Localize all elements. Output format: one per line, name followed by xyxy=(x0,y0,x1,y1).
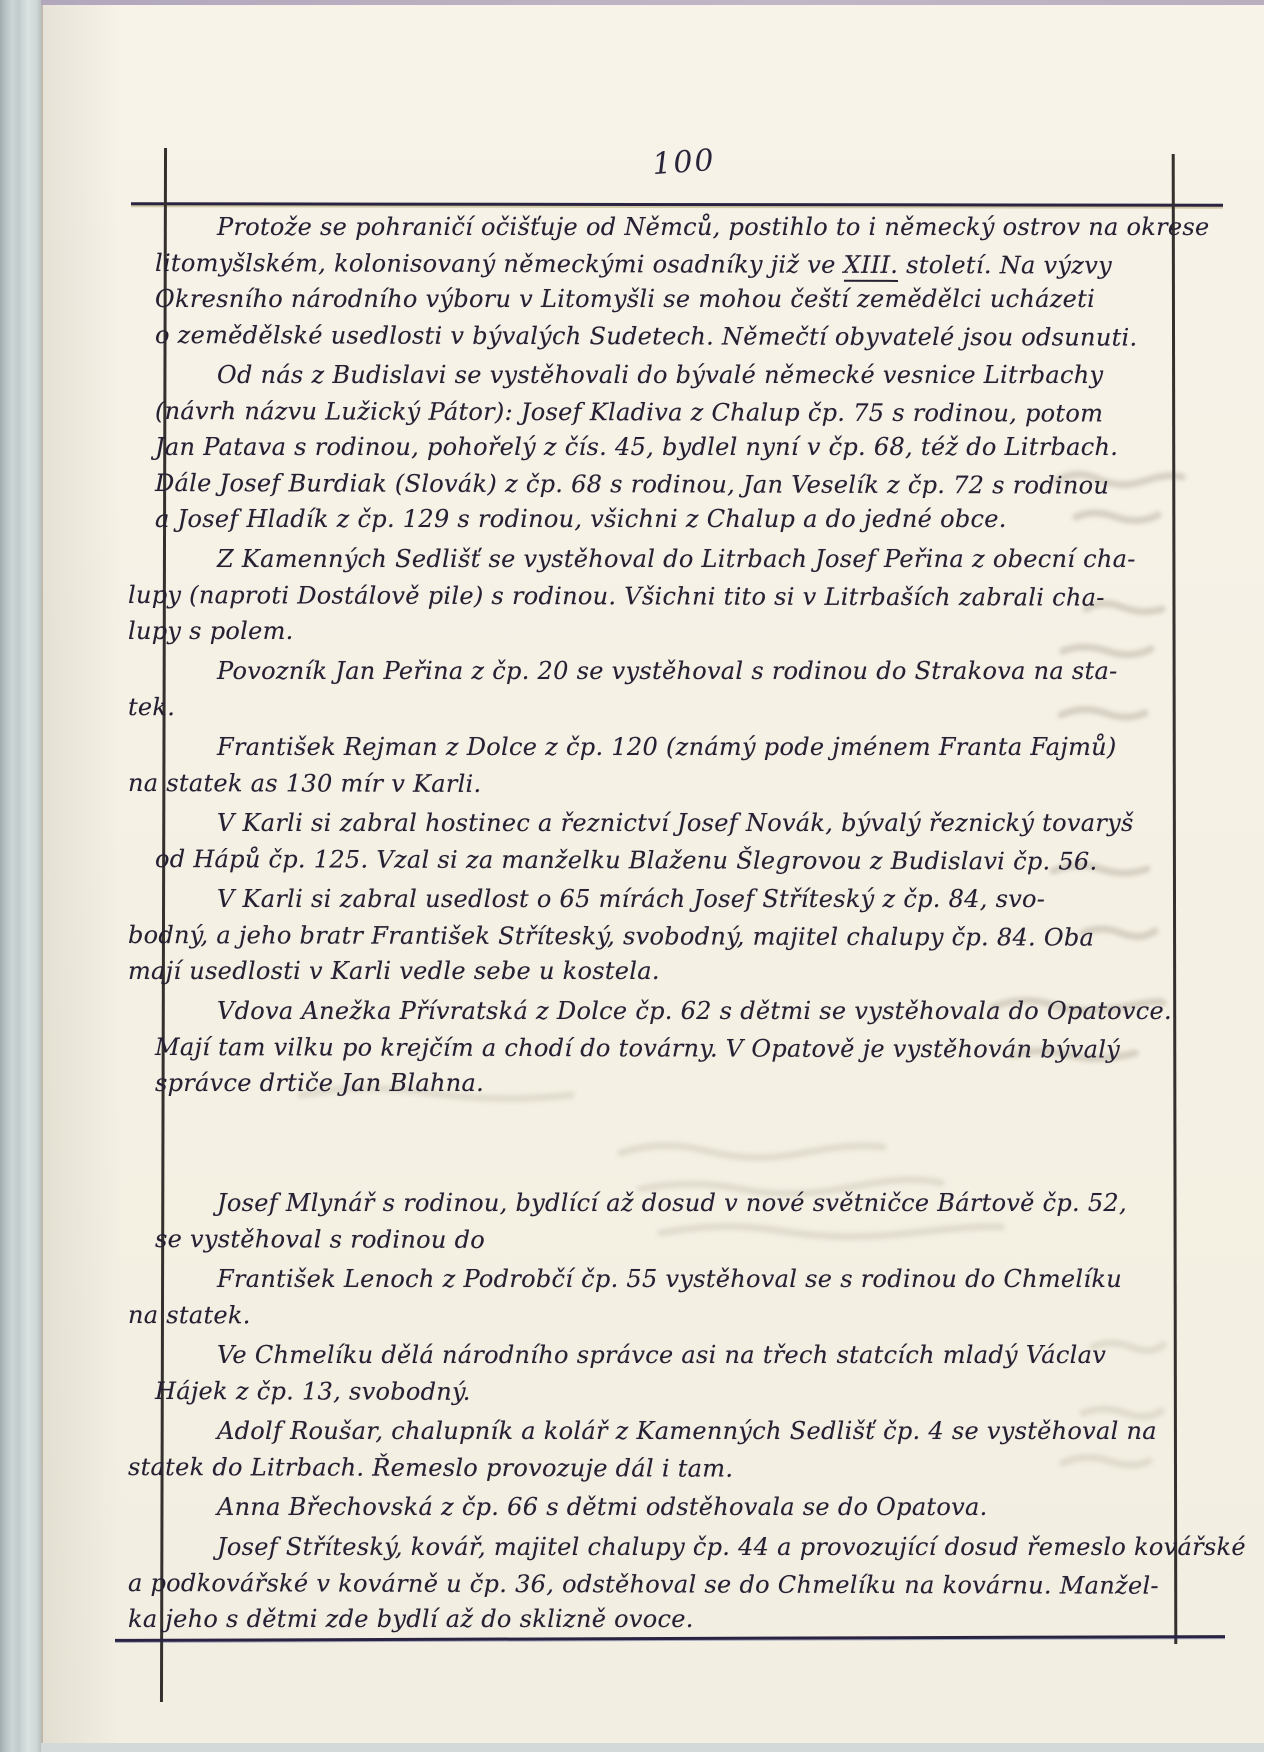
paragraph: Od nás z Budislavi se vystěhovali do býv… xyxy=(163,357,1175,537)
paragraph: Josef Stříteský, kovář, majitel chalupy … xyxy=(163,1529,1175,1637)
manuscript-line: Vdova Anežka Přívratská z Dolce čp. 62 s… xyxy=(155,993,1175,1029)
paragraph: Ve Chmelíku dělá národního správce asi n… xyxy=(163,1337,1175,1409)
top-ruled-line xyxy=(131,202,1223,207)
page-number: 100 xyxy=(638,142,730,183)
manuscript-line: Povozník Jan Peřina z čp. 20 se vystěhov… xyxy=(155,653,1175,689)
manuscript-line: František Rejman z Dolce z čp. 120 (znám… xyxy=(155,729,1175,765)
paragraph: V Karli si zabral hostinec a řeznictví J… xyxy=(163,805,1175,877)
manuscript-line: Hájek z čp. 13, svobodný. xyxy=(155,1373,1175,1412)
paragraph: Z Kamenných Sedlišť se vystěhoval do Lit… xyxy=(163,541,1175,649)
manuscript-line: litomyšlském, kolonisovaný německými osa… xyxy=(155,245,1175,284)
paragraph: Josef Mlynář s rodinou, bydlící až dosud… xyxy=(163,1185,1175,1257)
manuscript-line: Okresního národního výboru v Litomyšli s… xyxy=(155,281,1175,317)
manuscript-line: správce drtiče Jan Blahna. xyxy=(155,1065,1175,1101)
manuscript-line: (návrh názvu Lužický Pátor): Josef Kladi… xyxy=(155,393,1175,432)
paper-crease xyxy=(41,5,43,1743)
scanned-chronicle-page: 100 Protože se pohraničí očišťuje od Něm… xyxy=(0,0,1264,1752)
manuscript-line: od Hápů čp. 125. Vzal si za manželku Bla… xyxy=(155,841,1175,880)
manuscript-line: a Josef Hladík z čp. 129 s rodinou, všic… xyxy=(155,501,1175,537)
manuscript-line: Jan Patava s rodinou, pohořelý z čís. 45… xyxy=(155,429,1175,465)
manuscript-line: Ve Chmelíku dělá národního správce asi n… xyxy=(155,1337,1175,1373)
paragraph: Adolf Roušar, chalupník a kolář z Kamenn… xyxy=(163,1413,1175,1485)
manuscript-line: Z Kamenných Sedlišť se vystěhoval do Lit… xyxy=(155,541,1175,577)
manuscript-line: statek do Litrbach. Řemeslo provozuje dá… xyxy=(128,1449,1175,1488)
manuscript-line: lupy (naproti Dostálově pile) s rodinou.… xyxy=(128,577,1175,616)
manuscript-line: tek. xyxy=(128,689,1175,728)
manuscript-line: bodný, a jeho bratr František Stříteský,… xyxy=(128,917,1175,956)
manuscript-line: Josef Stříteský, kovář, majitel chalupy … xyxy=(155,1529,1175,1565)
manuscript-line: V Karli si zabral hostinec a řeznictví J… xyxy=(155,805,1175,841)
manuscript-line: Protože se pohraničí očišťuje od Němců, … xyxy=(155,209,1175,245)
paper: 100 Protože se pohraničí očišťuje od Něm… xyxy=(41,5,1264,1743)
blank-gap xyxy=(163,1105,1175,1185)
manuscript-line: na statek. xyxy=(128,1297,1175,1336)
paragraph: V Karli si zabral usedlost o 65 mírách J… xyxy=(163,881,1175,989)
manuscript-line: František Lenoch z Podrobčí čp. 55 vystě… xyxy=(155,1261,1175,1297)
manuscript-line: Dále Josef Burdiak (Slovák) z čp. 68 s r… xyxy=(155,465,1175,504)
paragraph: František Lenoch z Podrobčí čp. 55 vystě… xyxy=(163,1261,1175,1333)
paragraph: Vdova Anežka Přívratská z Dolce čp. 62 s… xyxy=(163,993,1175,1101)
manuscript-line: Adolf Roušar, chalupník a kolář z Kamenn… xyxy=(155,1413,1175,1449)
manuscript-line: mají usedlosti v Karli vedle sebe u kost… xyxy=(128,953,1175,989)
manuscript-line: Od nás z Budislavi se vystěhovali do býv… xyxy=(155,357,1175,393)
manuscript-line: Josef Mlynář s rodinou, bydlící až dosud… xyxy=(155,1185,1175,1221)
manuscript-line: Anna Břechovská z čp. 66 s dětmi odstěho… xyxy=(155,1489,1175,1525)
scan-edge-left xyxy=(0,0,41,1752)
manuscript-line: Mají tam vilku po krejčím a chodí do tov… xyxy=(155,1029,1175,1068)
manuscript-line: na statek as 130 mír v Karli. xyxy=(128,765,1175,804)
scan-edge-bottom xyxy=(41,1743,1264,1752)
manuscript-line: a podkovářské v kovárně u čp. 36, odstěh… xyxy=(128,1565,1175,1604)
paragraph: František Rejman z Dolce z čp. 120 (znám… xyxy=(163,729,1175,801)
manuscript-text: Protože se pohraničí očišťuje od Němců, … xyxy=(163,209,1175,1641)
paragraph: Povozník Jan Peřina z čp. 20 se vystěhov… xyxy=(163,653,1175,725)
manuscript-line: ka jeho s dětmi zde bydlí až do sklizně … xyxy=(128,1601,1175,1637)
underlined-roman-numeral: XIII. xyxy=(844,251,899,282)
manuscript-line: o zemědělské usedlosti v bývalých Sudete… xyxy=(155,317,1175,356)
manuscript-line: V Karli si zabral usedlost o 65 mírách J… xyxy=(155,881,1175,917)
line-text-pre: litomyšlském, kolonisovaný německými osa… xyxy=(155,249,844,279)
paragraph: Anna Břechovská z čp. 66 s dětmi odstěho… xyxy=(163,1489,1175,1525)
line-text-post: století. Na výzvy xyxy=(898,251,1112,280)
manuscript-line: lupy s polem. xyxy=(128,613,1175,649)
paragraph: Protože se pohraničí očišťuje od Němců, … xyxy=(163,209,1175,353)
manuscript-line: se vystěhoval s rodinou do xyxy=(155,1221,1175,1260)
